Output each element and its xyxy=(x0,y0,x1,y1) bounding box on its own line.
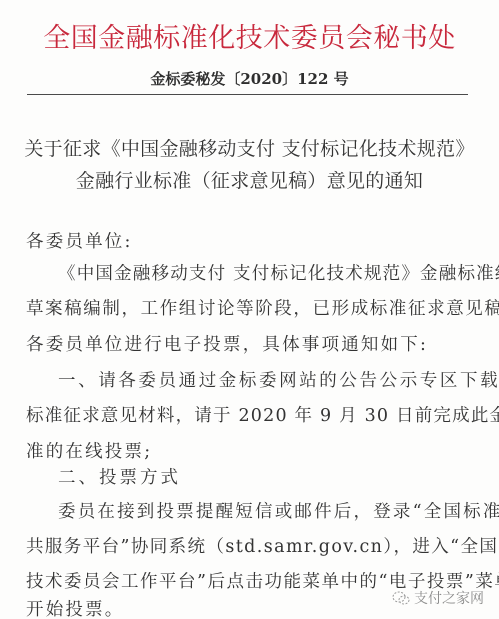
organization-header: 全国金融标准化技术委员会秘书处 xyxy=(0,22,499,56)
header-divider xyxy=(27,94,468,95)
notice-title-line-1: 关于征求《中国金融移动支付 支付标记化技术规范》 xyxy=(0,136,499,162)
document-number: 金标委秘发〔2020〕122 号 xyxy=(0,68,499,90)
section-1-line-3: 准的在线投票; xyxy=(26,440,152,464)
section-2-line-1: 委员在接到投票提醒短信或邮件后，登录“全国标准信息公 xyxy=(58,500,499,524)
section-1-line-2: 标准征求意见材料，请于 2020 年 9 月 30 日前完成此金融行业标 xyxy=(26,404,499,428)
body-line-2: 草案稿编制，工作组讨论等阶段，已形成标准征求意见稿。现请 xyxy=(26,297,499,321)
watermark: 支付之家网 xyxy=(392,588,484,608)
section-2-line-4: 开始投票。 xyxy=(26,598,125,619)
section-2-line-2: 共服务平台”协同系统（std.samr.gov.cn），进入“全国专业 xyxy=(26,535,499,559)
wechat-icon xyxy=(392,591,410,605)
watermark-text: 支付之家网 xyxy=(414,588,484,608)
section-2-heading: 二、投票方式 xyxy=(58,466,181,490)
body-line-1: 《中国金融移动支付 支付标记化技术规范》金融标准经过 xyxy=(58,262,499,286)
salutation: 各委员单位: xyxy=(26,230,133,254)
notice-title-line-2: 金融行业标准（征求意见稿）意见的通知 xyxy=(0,168,499,194)
body-line-3: 各委员单位进行电子投票，具体事项通知如下: xyxy=(26,333,428,357)
section-1-line-1: 一、请各委员通过金标委网站的公告公示专区下载并审阅 xyxy=(58,369,499,393)
